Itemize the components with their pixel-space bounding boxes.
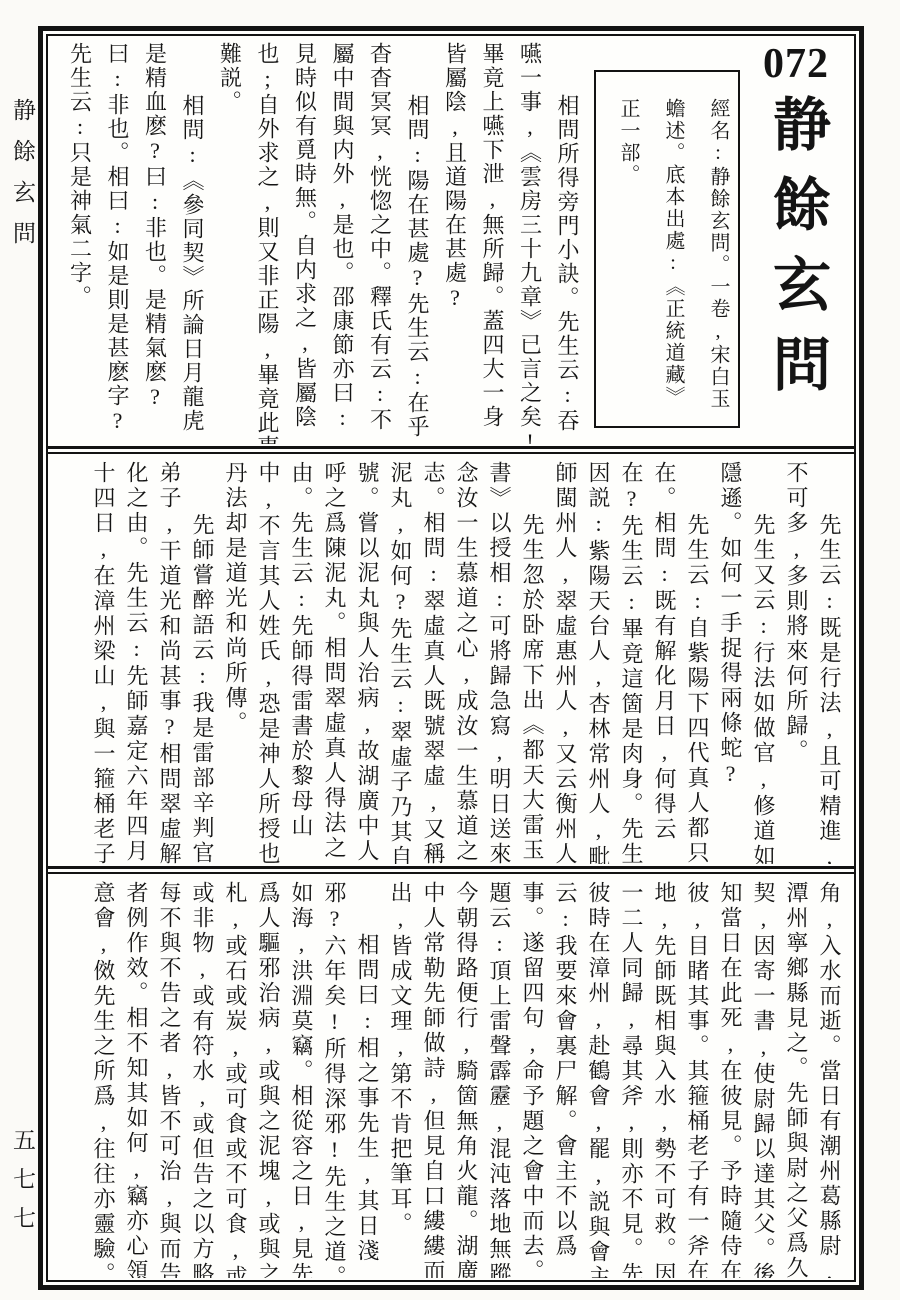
margin-page-number: 五七七: [7, 1128, 37, 1245]
section-bottom: 角,入水而逝。當日有潮州葛縣尉,在潭州寧鄉縣見之。先師與尉之父爲久契,因寄一書,…: [48, 874, 854, 1280]
text-column: 爲人驅邪治病,或與之泥塊,或與之木: [252, 881, 285, 1278]
text-column: 先生又云:行法如做官,修道如: [747, 461, 780, 864]
text-column: 在?先生云:畢竟這箇是肉身。先生: [615, 461, 648, 864]
text-column: 書》以授相:可將歸急寫,明日送來。: [483, 461, 516, 864]
text-column: 也;自外求之,則又非正陽,畢竟此事: [249, 42, 287, 444]
text-column: 屬中間與内外,是也。邵康節亦曰:: [324, 42, 362, 444]
text-column: 難説。: [211, 42, 249, 444]
text-column: 彼,目睹其事。其箍桶老子有一斧在: [681, 881, 714, 1278]
text-column: 杳杳冥冥,恍惚之中。釋氏有云:不: [361, 42, 399, 444]
text-column: 化之由。先生云:先師嘉定六年四月: [120, 461, 153, 864]
text-column: 皆屬陰,且道陽在甚處?: [436, 42, 474, 444]
section-divider-2: [48, 866, 854, 874]
text-column: 意會,傚先生之所爲,往往亦靈驗。: [87, 881, 120, 1278]
text-column: 隱遜。如何一手捉得兩條蛇?: [714, 461, 747, 864]
text-column: 中人常勒先師做詩,但見自口縷縷而: [417, 881, 450, 1278]
text-column: 札,或石或炭,或可食或不可食,或物: [219, 881, 252, 1278]
text-column: 地,先師既相與入水,勢不可救。因與: [648, 881, 681, 1278]
page-frame-inner: 相問所得旁門小訣。先生云:吞嚥一事,《雲房三十九章》已言之矣!畢竟上嚥下泄,無所…: [46, 34, 856, 1282]
text-column: 先生云:自紫陽下四代真人都只: [681, 461, 714, 864]
text-columns-middle: 先生云:既是行法,且可精進,法不可多,多則將來何所歸。先生又云:行法如做官,修道…: [56, 461, 846, 864]
text-column: 如海,洪淵莫竊。相從容之日,見先生: [285, 881, 318, 1278]
text-column: 一二人同歸,尋其斧,則亦不見。先師: [615, 881, 648, 1278]
page-frame: 相問所得旁門小訣。先生云:吞嚥一事,《雲房三十九章》已言之矣!畢竟上嚥下泄,無所…: [38, 26, 864, 1290]
text-column: 畢竟上嚥下泄,無所歸。蓋四大一身: [474, 42, 512, 444]
text-column: 潭州寧鄉縣見之。先師與尉之父爲久: [780, 881, 813, 1278]
text-column: 相問所得旁門小訣。先生云:吞: [549, 42, 587, 444]
text-column: 中,不言其人姓氏,恐是神人所授也。: [252, 461, 285, 864]
text-columns-bottom: 角,入水而逝。當日有潮州葛縣尉,在潭州寧鄉縣見之。先師與尉之父爲久契,因寄一書,…: [56, 881, 846, 1278]
colophon-columns: 經名:静餘玄問。一卷,宋白玉蟾述。底本出處:《正統道藏》正一部。: [596, 72, 749, 426]
colophon-column: 蟾述。底本出處:《正統道藏》: [650, 98, 695, 420]
page-title: 静餘玄問: [767, 94, 825, 414]
text-column: 契,因寄一書,使尉歸以達其父。後方: [747, 881, 780, 1278]
colophon-column: 正一部。: [605, 98, 650, 420]
text-column: 呼之爲陳泥丸。相問翠虛真人得法之: [318, 461, 351, 864]
text-column: 云:我要來會裏尸解。會主不以爲: [549, 881, 582, 1278]
text-column: 邪?六年矣!所得深邪!先生之道。: [318, 881, 351, 1278]
colophon-box: 經名:静餘玄問。一卷,宋白玉蟾述。底本出處:《正統道藏》正一部。: [594, 70, 740, 428]
margin-book-title: 静餘玄問: [7, 98, 37, 262]
text-column: 先生忽於卧席下出《都天大雷玉: [516, 461, 549, 864]
title-block: 072 静餘玄問: [742, 42, 850, 414]
text-column: 知當日在此死,在彼見。予時隨侍在: [714, 881, 747, 1278]
text-column: 是精血麽?曰:非也。是精氣麽?: [136, 42, 174, 444]
text-column: 先生云:既是行法,且可精進,法: [813, 461, 846, 864]
text-column: 丹法却是道光和尚所傳。: [219, 461, 252, 864]
text-column: 先生云:只是神氣二字。: [61, 42, 99, 444]
text-columns-top: 相問所得旁門小訣。先生云:吞嚥一事,《雲房三十九章》已言之矣!畢竟上嚥下泄,無所…: [60, 42, 586, 444]
section-top: 相問所得旁門小訣。先生云:吞嚥一事,《雲房三十九章》已言之矣!畢竟上嚥下泄,無所…: [48, 36, 854, 446]
text-column: 號。嘗以泥丸與人治病,故湖廣中人: [351, 461, 384, 864]
text-column: 相問:陽在甚處?先生云:在乎: [399, 42, 437, 444]
text-column: 十四日,在漳州梁山,與一箍桶老子掎: [87, 461, 120, 864]
text-column: 曰:非也。相曰:如是則是甚麽字?: [99, 42, 137, 444]
text-column: 先師嘗醉語云:我是雷部辛判官: [186, 461, 219, 864]
text-column: 每不與不告之者,皆不可治,與而告之: [153, 881, 186, 1278]
section-middle: 先生云:既是行法,且可精進,法不可多,多則將來何所歸。先生又云:行法如做官,修道…: [48, 454, 854, 866]
text-column: 在。相問:既有解化月日,何得云: [648, 461, 681, 864]
text-column: 念汝一生慕道之心,成汝一生慕道之: [450, 461, 483, 864]
text-column: 不可多,多則將來何所歸。: [780, 461, 813, 864]
text-column: 嚥一事,《雲房三十九章》已言之矣!: [511, 42, 549, 444]
text-column: 由。先生云:先師得雷書於黎母山: [285, 461, 318, 864]
colophon-column: 經名:静餘玄問。一卷,宋白玉: [695, 98, 740, 420]
text-column: 事。遂留四句,命予題之會中而去。: [516, 881, 549, 1278]
text-column: 者例作效。相不知其如何,竊亦心領: [120, 881, 153, 1278]
section-divider-1: [48, 446, 854, 454]
text-column: 泥丸,如何?先生云:翠虛子乃其自: [384, 461, 417, 864]
text-column: 因説:紫陽天台人,杏林常州人,毗陵: [582, 461, 615, 864]
text-column: 題云:頂上雷聲霹靂,混沌落地無蹤,: [483, 881, 516, 1278]
text-column: 弟子,干道光和尚甚事?相問翠虛解: [153, 461, 186, 864]
text-column: 角,入水而逝。當日有潮州葛縣尉,在: [813, 881, 846, 1278]
text-column: 今朝得路便行,騎箇無角火龍。湖廣: [450, 881, 483, 1278]
text-column: 相問曰:相之事先生,其日淺: [351, 881, 384, 1278]
text-column: 出,皆成文理,第不肯把筆耳。: [384, 881, 417, 1278]
text-column: 師閩州人,翠虛惠州人,又云衡州人。: [549, 461, 582, 864]
text-column: 志。相問:翠虛真人既號翠虛,又稱: [417, 461, 450, 864]
text-column: 或非物,或有符水,或但告之以方略。: [186, 881, 219, 1278]
edition-number: 072: [742, 42, 850, 86]
text-column: 見時似有覓時無。自内求之,皆屬陰: [286, 42, 324, 444]
text-column: 相問:《參同契》所論日月龍虎,: [174, 42, 212, 444]
text-column: 彼時在漳州,赴鶴會,罷,説與會主: [582, 881, 615, 1278]
